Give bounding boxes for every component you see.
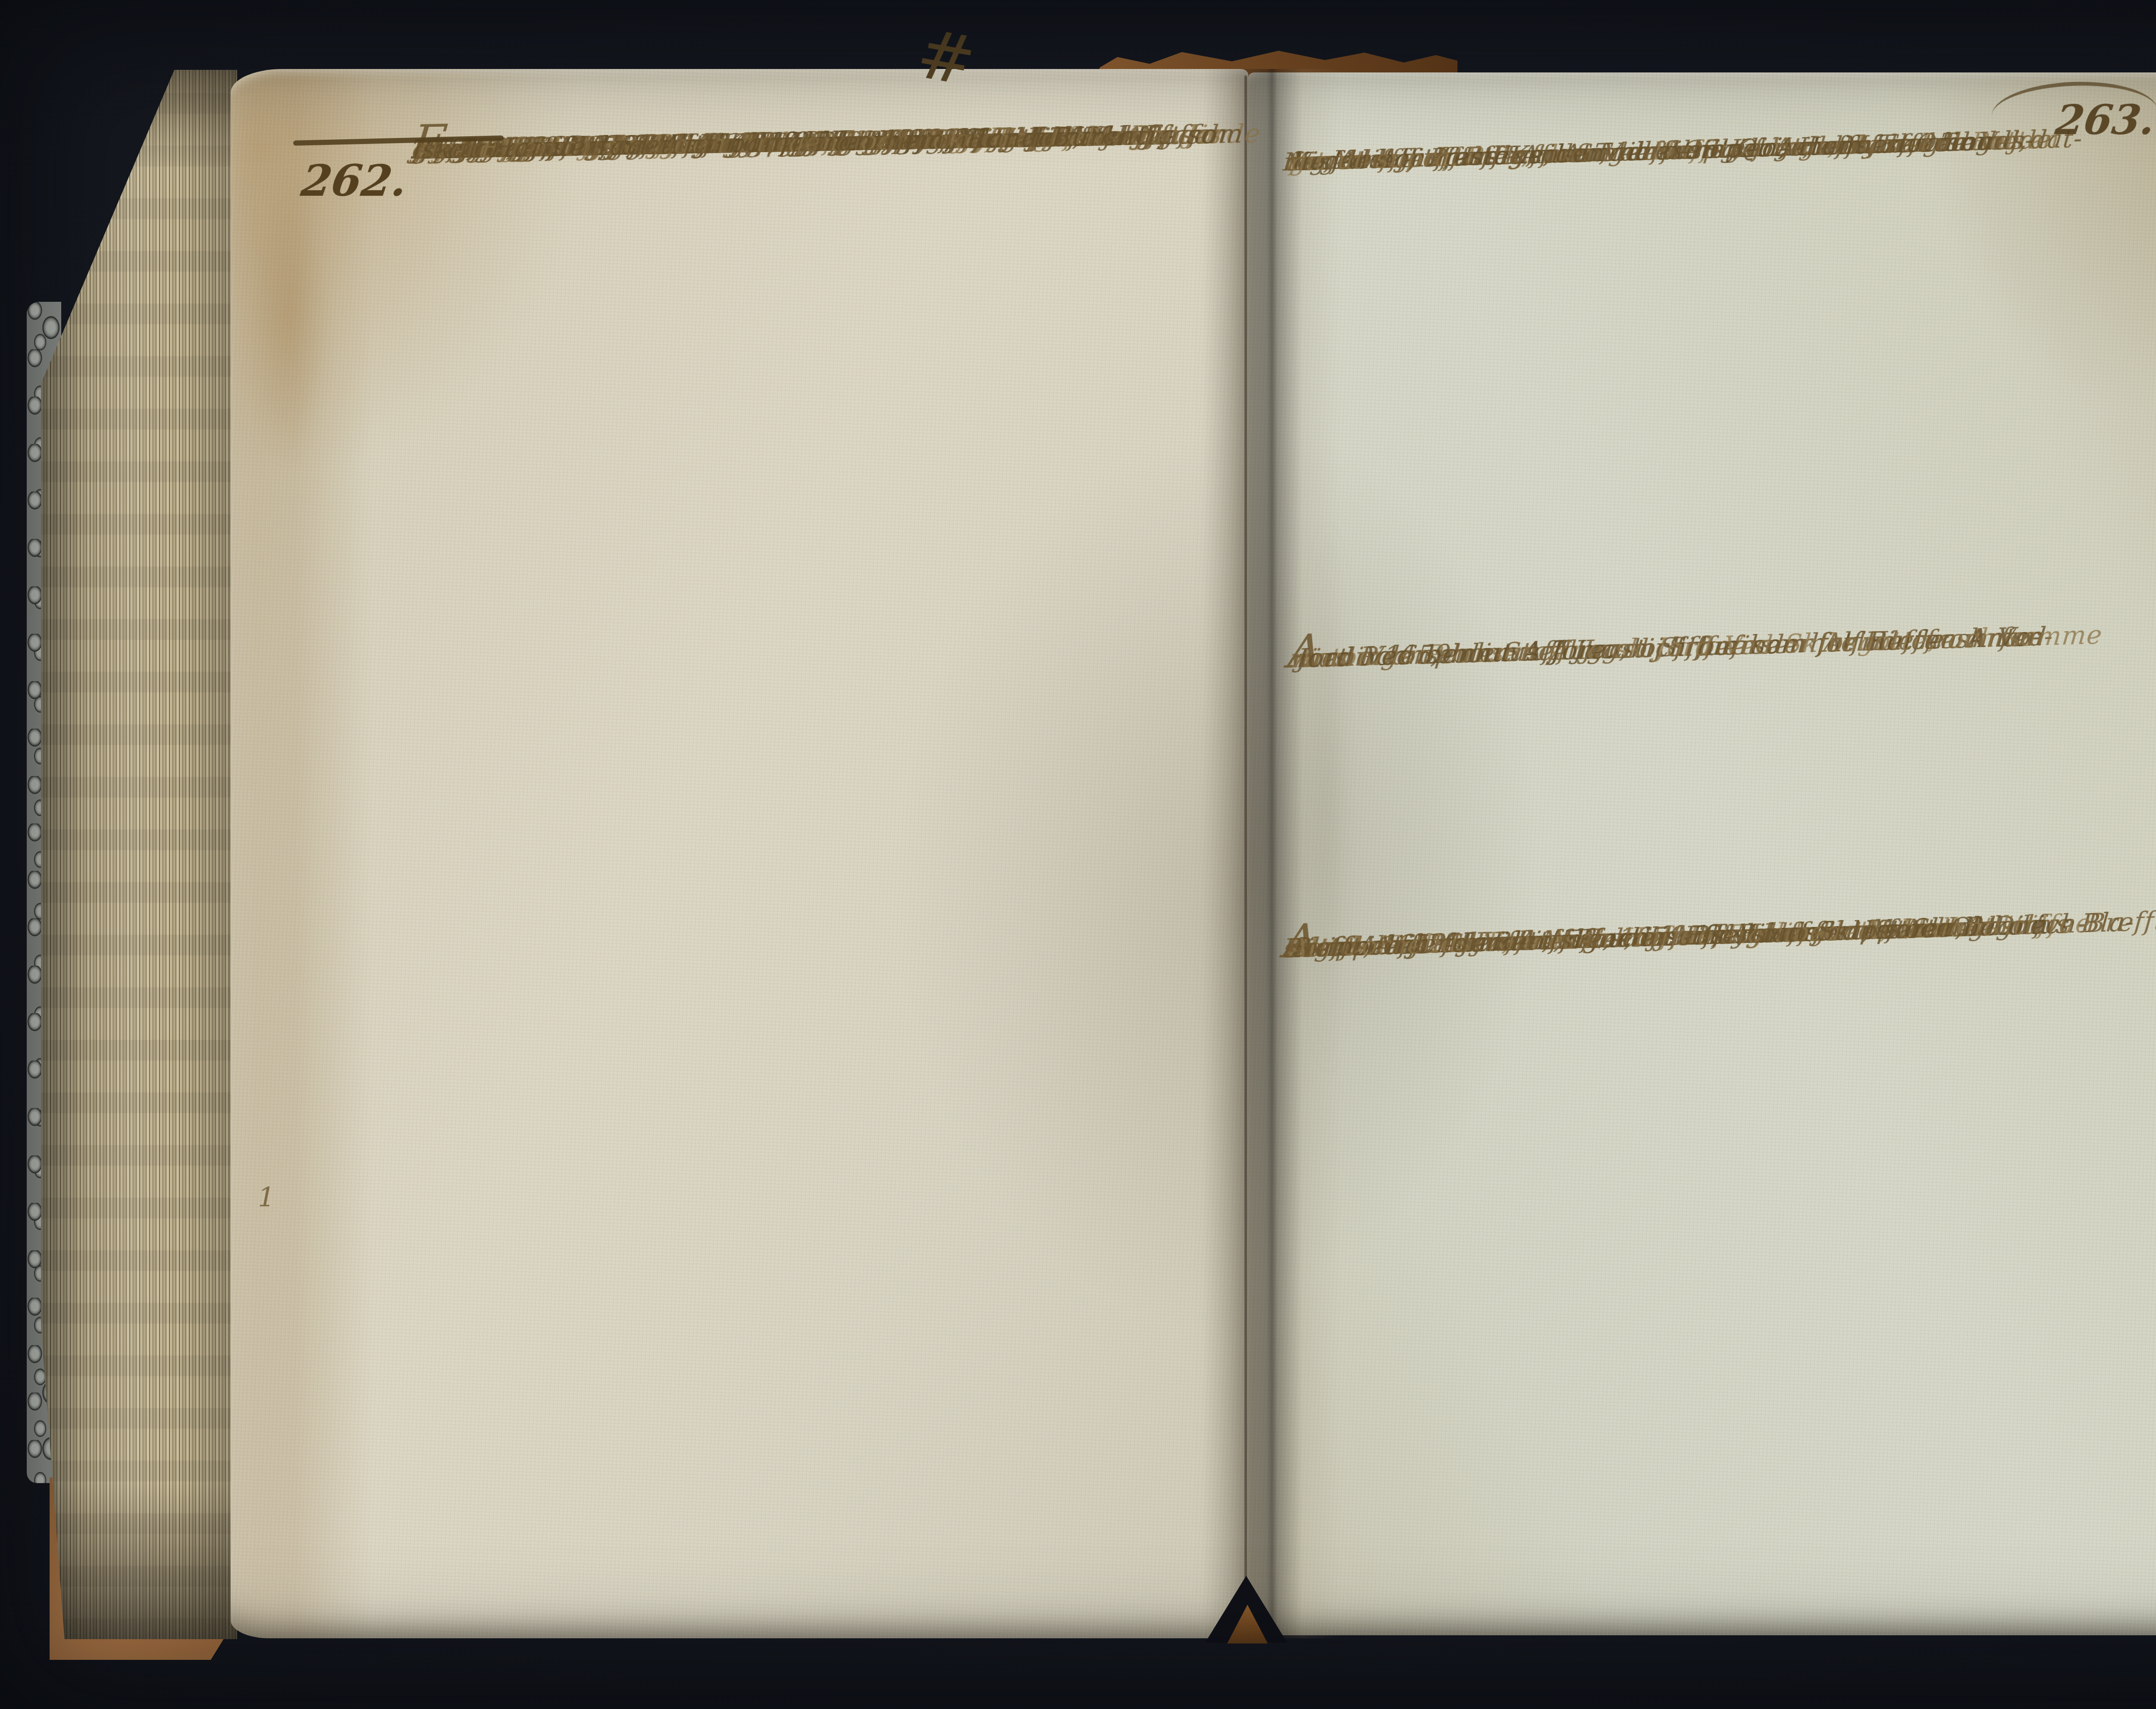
folio-number-right: 263. bbox=[2053, 97, 2156, 144]
right-page bbox=[1248, 72, 2156, 1635]
handwriting-line: git ut supra. bbox=[1288, 138, 1461, 182]
margin-mark: 1 bbox=[258, 1181, 275, 1213]
gutter-crease-line bbox=[1244, 75, 1247, 1623]
folio-number-left: 262. bbox=[298, 155, 411, 206]
page-block-fore-edge-left bbox=[41, 70, 237, 1639]
manuscript-photo: 262. # 263. 1 Effersom At Tommes Huusega… bbox=[0, 0, 2156, 1709]
left-page bbox=[231, 69, 1248, 1638]
